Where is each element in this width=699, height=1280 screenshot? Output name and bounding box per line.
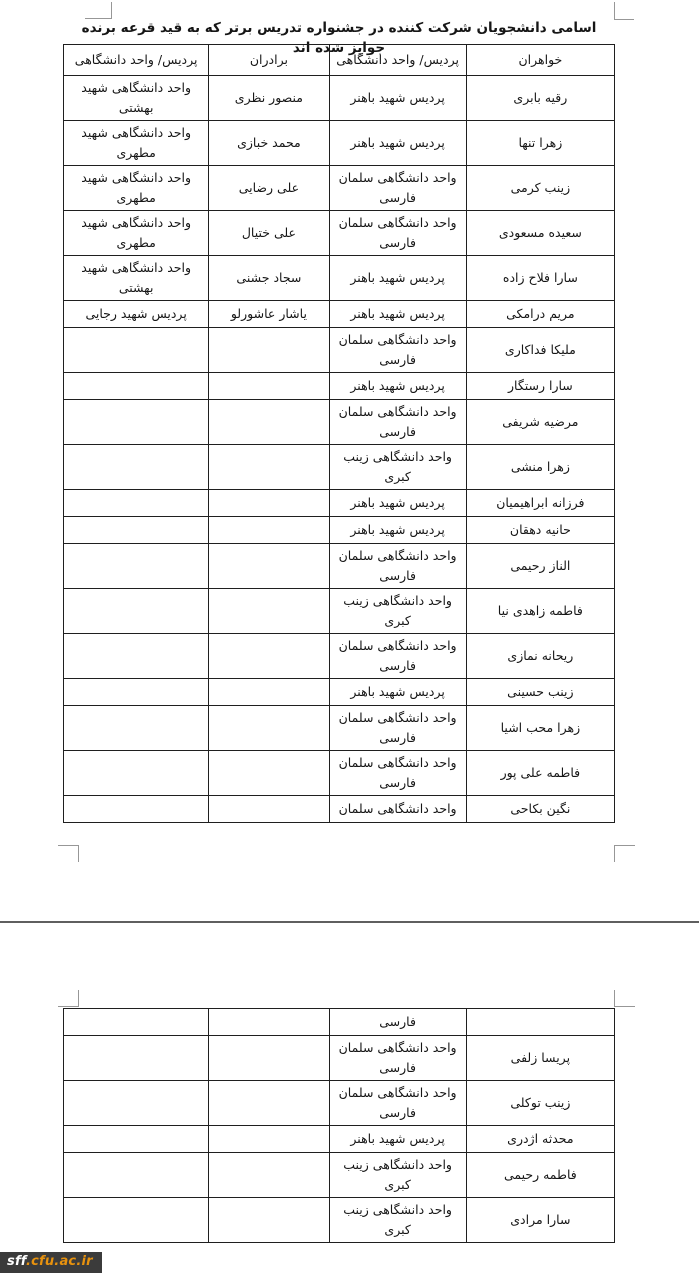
watermark-suffix: .cfu.ac.ir: [26, 1254, 93, 1269]
page1-bottom-left-crop-mark: [58, 845, 79, 862]
watermark-prefix: sff: [7, 1254, 26, 1269]
table-row: فاطمه زاهدی نیاواحد دانشگاهی زینب کبری: [64, 589, 615, 634]
table-row: ریحانه نمازیواحد دانشگاهی سلمان فارسی: [64, 634, 615, 679]
table-row: حانیه دهقانپردیس شهید باهنر: [64, 517, 615, 544]
table-row: سارا رستگارپردیس شهید باهنر: [64, 373, 615, 400]
table-cell: [64, 400, 209, 445]
header-brothers: برادران: [209, 45, 329, 76]
table-cell: محدثه اژدری: [466, 1126, 614, 1153]
table-cell: [64, 445, 209, 490]
table-cell: [209, 1081, 329, 1126]
table-cell: حانیه دهقان: [466, 517, 614, 544]
table-row: زهرا تنهاپردیس شهید باهنرمحمد خبازیواحد …: [64, 121, 615, 166]
table-row: ملیکا فداکاریواحد دانشگاهی سلمان فارسی: [64, 328, 615, 373]
table-cell: واحد دانشگاهی سلمان فارسی: [329, 400, 466, 445]
site-watermark: sff.cfu.ac.ir: [0, 1252, 102, 1273]
table-cell: [64, 679, 209, 706]
table-cell: [209, 517, 329, 544]
table-cell: زینب توکلی: [466, 1081, 614, 1126]
table-cell: واحد دانشگاهی زینب کبری: [329, 589, 466, 634]
table-cell: پردیس شهید رجایی: [64, 301, 209, 328]
table-cell: واحد دانشگاهی سلمان فارسی: [329, 328, 466, 373]
table-cell: واحد دانشگاهی شهید مطهری: [64, 211, 209, 256]
table-cell: پردیس شهید باهنر: [329, 76, 466, 121]
table-cell: [64, 373, 209, 400]
table-cell: [64, 706, 209, 751]
table-cell: الناز رحیمی: [466, 544, 614, 589]
table-cell: [466, 1009, 614, 1036]
table-cell: فاطمه زاهدی نیا: [466, 589, 614, 634]
table-cell: [209, 1153, 329, 1198]
header-sisters-campus: پردیس/ واحد دانشگاهی: [329, 45, 466, 76]
table-cell: [209, 490, 329, 517]
table-cell: منصور نظری: [209, 76, 329, 121]
table-cell: [64, 634, 209, 679]
table-row: فاطمه رحیمیواحد دانشگاهی زینب کبری: [64, 1153, 615, 1198]
table-row: زهرا محب اشیاواحد دانشگاهی سلمان فارسی: [64, 706, 615, 751]
table-cell: پردیس شهید باهنر: [329, 1126, 466, 1153]
table-cell: [209, 1126, 329, 1153]
table-cell: پردیس شهید باهنر: [329, 301, 466, 328]
table-cell: [64, 517, 209, 544]
page2-top-right-crop-mark: [614, 990, 635, 1007]
table-cell: واحد دانشگاهی سلمان فارسی: [329, 211, 466, 256]
winners-table-page2: فارسیپریسا زلفیواحد دانشگاهی سلمان فارسی…: [63, 1008, 615, 1243]
table-cell: واحد دانشگاهی سلمان فارسی: [329, 751, 466, 796]
table-row: فارسی: [64, 1009, 615, 1036]
table-cell: [64, 1198, 209, 1243]
table-cell: [209, 400, 329, 445]
table-cell: فاطمه علی پور: [466, 751, 614, 796]
table-cell: واحد دانشگاهی سلمان فارسی: [329, 1081, 466, 1126]
winners-table-continued: فارسیپریسا زلفیواحد دانشگاهی سلمان فارسی…: [63, 1008, 615, 1243]
table-cell: [209, 679, 329, 706]
table-cell: واحد دانشگاهی شهید مطهری: [64, 121, 209, 166]
winners-table-page1: خواهران پردیس/ واحد دانشگاهی برادران پرد…: [63, 44, 615, 823]
winners-table: خواهران پردیس/ واحد دانشگاهی برادران پرد…: [63, 44, 615, 823]
table-cell: مرضیه شریفی: [466, 400, 614, 445]
table-row: زینب حسینیپردیس شهید باهنر: [64, 679, 615, 706]
table-cell: [64, 589, 209, 634]
table-cell: [209, 706, 329, 751]
table-cell: واحد دانشگاهی زینب کبری: [329, 1198, 466, 1243]
table-cell: [209, 1198, 329, 1243]
table-cell: سارا فلاح زاده: [466, 256, 614, 301]
table-row: سعیده مسعودیواحد دانشگاهی سلمان فارسیعلی…: [64, 211, 615, 256]
table-row: زینب توکلیواحد دانشگاهی سلمان فارسی: [64, 1081, 615, 1126]
page1-top-right-crop-mark: [614, 2, 634, 20]
table-cell: زینب کرمی: [466, 166, 614, 211]
table-row: فرزانه ابراهیمیانپردیس شهید باهنر: [64, 490, 615, 517]
header-sisters: خواهران: [466, 45, 614, 76]
table-row: زهرا منشیواحد دانشگاهی زینب کبری: [64, 445, 615, 490]
table-cell: نگین بکاحی: [466, 796, 614, 823]
table-cell: پردیس شهید باهنر: [329, 121, 466, 166]
table-cell: سارا مرادی: [466, 1198, 614, 1243]
table-cell: سارا رستگار: [466, 373, 614, 400]
page1-bottom-right-crop-mark: [614, 845, 635, 862]
table-cell: [209, 1009, 329, 1036]
table-cell: علی رضایی: [209, 166, 329, 211]
table-cell: [64, 1081, 209, 1126]
table-cell: واحد دانشگاهی سلمان فارسی: [329, 544, 466, 589]
header-row: خواهران پردیس/ واحد دانشگاهی برادران پرد…: [64, 45, 615, 76]
page1-top-left-crop-mark: [85, 2, 112, 19]
table-cell: ریحانه نمازی: [466, 634, 614, 679]
table-cell: [209, 328, 329, 373]
table-cell: واحد دانشگاهی شهید بهشتی: [64, 256, 209, 301]
table-cell: واحد دانشگاهی شهید بهشتی: [64, 76, 209, 121]
table-cell: واحد دانشگاهی سلمان فارسی: [329, 1036, 466, 1081]
table-cell: یاشار عاشورلو: [209, 301, 329, 328]
table-cell: [64, 490, 209, 517]
table-row: مریم درامکیپردیس شهید باهنریاشار عاشورلو…: [64, 301, 615, 328]
table-cell: واحد دانشگاهی سلمان فارسی: [329, 634, 466, 679]
table-row: فاطمه علی پورواحد دانشگاهی سلمان فارسی: [64, 751, 615, 796]
table-cell: محمد خبازی: [209, 121, 329, 166]
table-cell: واحد دانشگاهی زینب کبری: [329, 445, 466, 490]
table-cell: پردیس شهید باهنر: [329, 679, 466, 706]
table-cell: [209, 544, 329, 589]
table-row: رقیه بابریپردیس شهید باهنرمنصور نظریواحد…: [64, 76, 615, 121]
table-cell: واحد دانشگاهی زینب کبری: [329, 1153, 466, 1198]
table-cell: [64, 328, 209, 373]
table-cell: پردیس شهید باهنر: [329, 256, 466, 301]
table-cell: واحد دانشگاهی سلمان فارسی: [329, 166, 466, 211]
table-cell: [64, 544, 209, 589]
table-cell: [209, 796, 329, 823]
table-cell: فرزانه ابراهیمیان: [466, 490, 614, 517]
table-cell: مریم درامکی: [466, 301, 614, 328]
table-cell: ملیکا فداکاری: [466, 328, 614, 373]
table-cell: [64, 1153, 209, 1198]
table-cell: [209, 1036, 329, 1081]
table-cell: سجاد جشنی: [209, 256, 329, 301]
table-row: پریسا زلفیواحد دانشگاهی سلمان فارسی: [64, 1036, 615, 1081]
table-cell: [64, 751, 209, 796]
table-cell: پریسا زلفی: [466, 1036, 614, 1081]
table-cell: [209, 589, 329, 634]
page2-top-left-crop-mark: [58, 990, 79, 1007]
table-cell: سعیده مسعودی: [466, 211, 614, 256]
table-row: مرضیه شریفیواحد دانشگاهی سلمان فارسی: [64, 400, 615, 445]
table-cell: [64, 796, 209, 823]
table-row: نگین بکاحیواحد دانشگاهی سلمان: [64, 796, 615, 823]
table-row: سارا مرادیواحد دانشگاهی زینب کبری: [64, 1198, 615, 1243]
table-cell: پردیس شهید باهنر: [329, 517, 466, 544]
table-cell: [209, 373, 329, 400]
table-cell: [209, 445, 329, 490]
table-row: زینب کرمیواحد دانشگاهی سلمان فارسیعلی رض…: [64, 166, 615, 211]
table-cell: فاطمه رحیمی: [466, 1153, 614, 1198]
table-row: محدثه اژدریپردیس شهید باهنر: [64, 1126, 615, 1153]
table-cell: [64, 1036, 209, 1081]
table-cell: علی ختیال: [209, 211, 329, 256]
table-cell: [64, 1126, 209, 1153]
table-cell: رقیه بابری: [466, 76, 614, 121]
table-cell: زهرا محب اشیا: [466, 706, 614, 751]
table-cell: پردیس شهید باهنر: [329, 373, 466, 400]
table-cell: فارسی: [329, 1009, 466, 1036]
table-row: الناز رحیمیواحد دانشگاهی سلمان فارسی: [64, 544, 615, 589]
table-cell: پردیس شهید باهنر: [329, 490, 466, 517]
header-brothers-campus: پردیس/ واحد دانشگاهی: [64, 45, 209, 76]
page-break-separator: [0, 921, 699, 923]
table-cell: زهرا تنها: [466, 121, 614, 166]
table-cell: واحد دانشگاهی شهید مطهری: [64, 166, 209, 211]
table-cell: واحد دانشگاهی سلمان: [329, 796, 466, 823]
table-cell: [209, 634, 329, 679]
table-cell: واحد دانشگاهی سلمان فارسی: [329, 706, 466, 751]
table-cell: [209, 751, 329, 796]
table-cell: زهرا منشی: [466, 445, 614, 490]
table-cell: زینب حسینی: [466, 679, 614, 706]
document-page: اسامی دانشجویان شرکت کننده در جشنواره تد…: [0, 0, 699, 1280]
table-cell: [64, 1009, 209, 1036]
table-row: سارا فلاح زادهپردیس شهید باهنرسجاد جشنیو…: [64, 256, 615, 301]
